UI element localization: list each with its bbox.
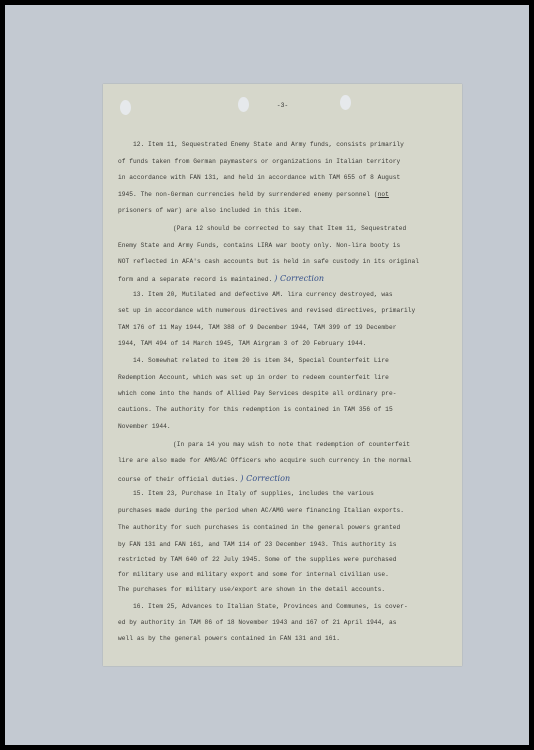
correction-14-line-3: course of their official duties.) Correc… (118, 474, 290, 483)
para-13-line-2: set up in accordance with numerous direc… (118, 307, 415, 314)
correction-14-line-1: (In para 14 you may wish to note that re… (173, 441, 410, 448)
correction-14-line-3-text: course of their official duties. (118, 476, 238, 483)
para-14-line-3: which come into the hands of Allied Pay … (118, 390, 396, 397)
para-14-line-5: November 1944. (118, 423, 171, 430)
para-12-underlined-not: not (378, 191, 389, 198)
correction-12-line-4: form and a separate record is maintained… (118, 274, 324, 283)
para-15-line-4: by FAN 131 and FAN 161, and TAM 114 of 2… (118, 541, 396, 548)
handwritten-correction-note: ) Correction (274, 274, 324, 283)
para-12-line-1: 12. Item 11, Sequestrated Enemy State an… (133, 141, 404, 148)
para-15-line-1: 15. Item 23, Purchase in Italy of suppli… (133, 490, 374, 497)
correction-12-line-3: NOT reflected in AFA's cash accounts but… (118, 258, 419, 265)
para-12-line-3: in accordance with FAN 131, and held in … (118, 174, 400, 181)
para-16-line-3: well as by the general powers contained … (118, 635, 340, 642)
para-13-line-1: 13. Item 20, Mutilated and defective AM.… (133, 291, 393, 298)
correction-14-line-2: lire are also made for AMG/AC Officers w… (118, 457, 412, 464)
para-14-line-4: cautions. The authority for this redempt… (118, 406, 393, 413)
para-15-line-5: restricted by TAM 640 of 22 July 1945. S… (118, 556, 396, 563)
para-15-line-6: for military use and military export and… (118, 571, 389, 578)
para-15-line-3: The authority for such purchases is cont… (118, 524, 400, 531)
correction-12-line-4-text: form and a separate record is maintained… (118, 276, 272, 283)
handwritten-correction-note-2: ) Correction (240, 474, 290, 483)
para-16-line-2: ed by authority in TAM 86 of 18 November… (118, 619, 396, 626)
document-page: -3- 12. Item 11, Sequestrated Enemy Stat… (103, 84, 462, 666)
page-number: -3- (103, 102, 462, 109)
para-14-line-2: Redemption Account, which was set up in … (118, 374, 389, 381)
para-13-line-3: TAM 176 of 11 May 1944, TAM 388 of 9 Dec… (118, 324, 396, 331)
para-16-line-1: 16. Item 25, Advances to Italian State, … (133, 603, 408, 610)
para-14-line-1: 14. Somewhat related to item 20 is item … (133, 357, 389, 364)
mounting-board: -3- 12. Item 11, Sequestrated Enemy Stat… (5, 5, 529, 745)
correction-12-line-2: Enemy State and Army Funds, contains LIR… (118, 242, 400, 249)
para-15-line-2: purchases made during the period when AC… (118, 507, 404, 514)
para-15-line-7: The purchases for military use/export ar… (118, 586, 385, 593)
para-12-line-4-text: 1945. The non-German currencies held by … (118, 191, 378, 198)
para-13-line-4: 1944, TAM 494 of 14 March 1945, TAM Airg… (118, 340, 366, 347)
para-12-line-4: 1945. The non-German currencies held by … (118, 191, 389, 198)
correction-12-line-1: (Para 12 should be corrected to say that… (173, 225, 406, 232)
para-12-line-2: of funds taken from German paymasters or… (118, 158, 400, 165)
para-12-line-5: prisoners of war) are also included in t… (118, 207, 302, 214)
